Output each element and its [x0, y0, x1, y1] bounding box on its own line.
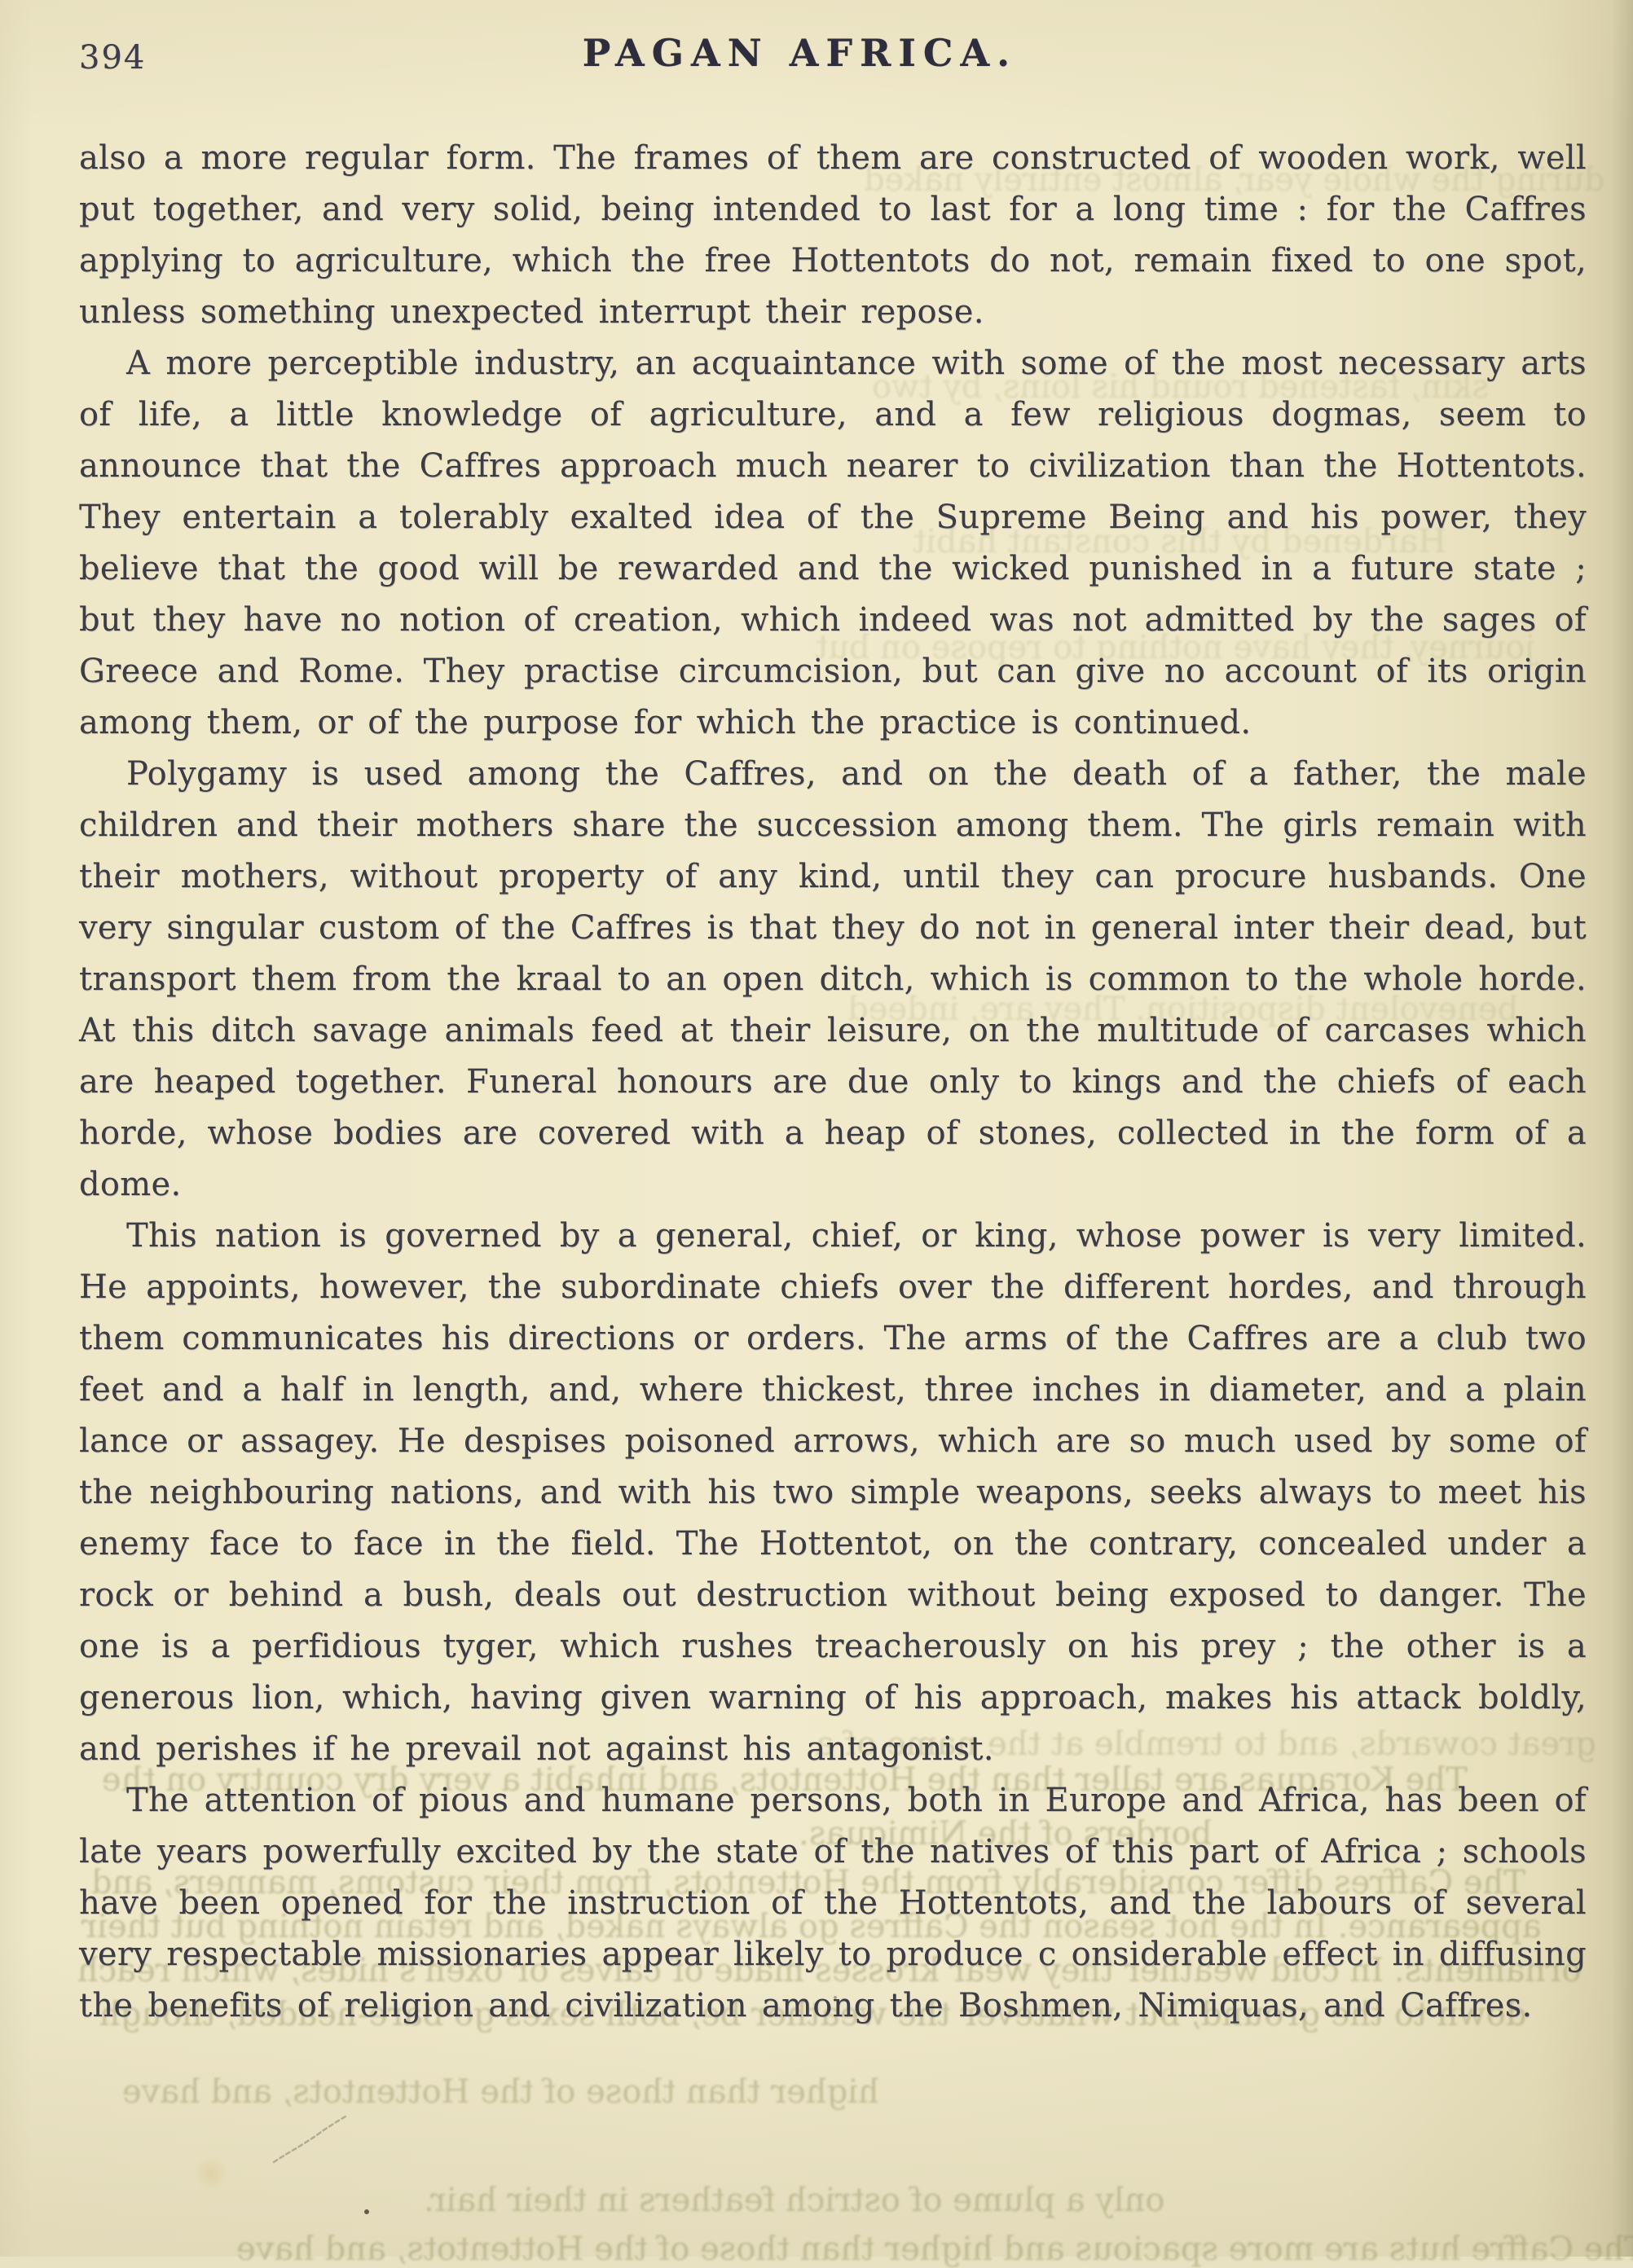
- paragraph: This nation is governed by a general, ch…: [79, 1211, 1587, 1775]
- paragraph: Polygamy is used among the Caffres, and …: [79, 749, 1587, 1211]
- bleedthrough-text: only a plume of ostrich feathers in thei…: [424, 2182, 1165, 2219]
- paragraph: also a more regular form. The frames of …: [79, 133, 1587, 338]
- paper-stain: [192, 2157, 230, 2190]
- bleedthrough-text: The Caffre huts are more spacious and hi…: [236, 2231, 1633, 2257]
- page-edge-shadow: [1612, 0, 1633, 2257]
- paragraph: A more perceptible industry, an acquaint…: [79, 338, 1587, 749]
- ink-speck: [364, 2209, 369, 2214]
- paragraph: The attention of pious and humane person…: [79, 1775, 1587, 2032]
- page-title: PAGAN AFRICA.: [79, 31, 1521, 75]
- running-head-row: 394 PAGAN AFRICA.: [79, 31, 1586, 88]
- book-page-scan: during the whole year, almost entirely n…: [0, 0, 1633, 2257]
- pencil-squiggle-mark: [269, 2112, 350, 2169]
- ink-speck: [834, 1996, 837, 1999]
- body-text: also a more regular form. The frames of …: [79, 133, 1587, 2032]
- bleedthrough-text: higher than those of the Hottentots, and…: [122, 2073, 879, 2111]
